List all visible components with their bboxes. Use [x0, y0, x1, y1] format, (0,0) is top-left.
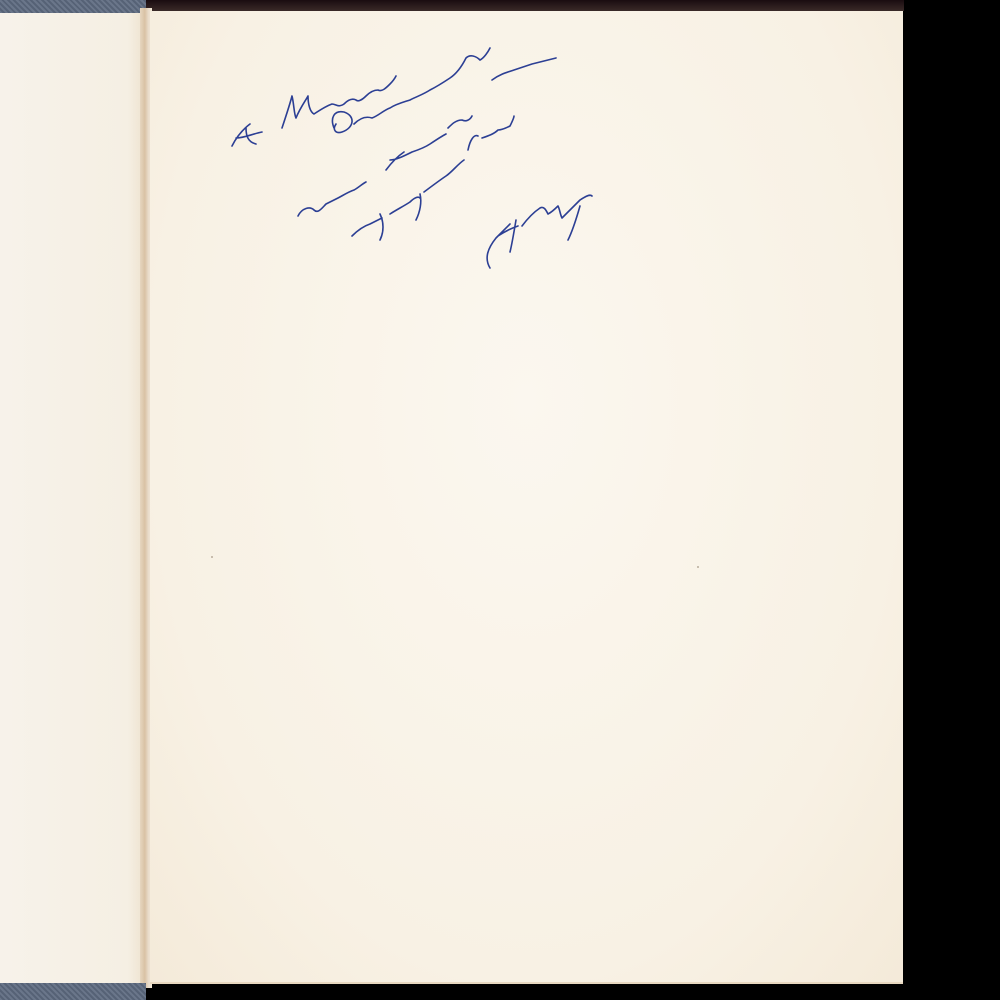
handwritten-inscription: A Monsieur Desmonds avec toute ma sympat…: [0, 0, 1000, 1000]
handwriting-ma: [492, 58, 556, 80]
handwriting-toute: [386, 116, 472, 170]
book-photo: A Monsieur Desmonds avec toute ma sympat…: [0, 0, 1000, 1000]
